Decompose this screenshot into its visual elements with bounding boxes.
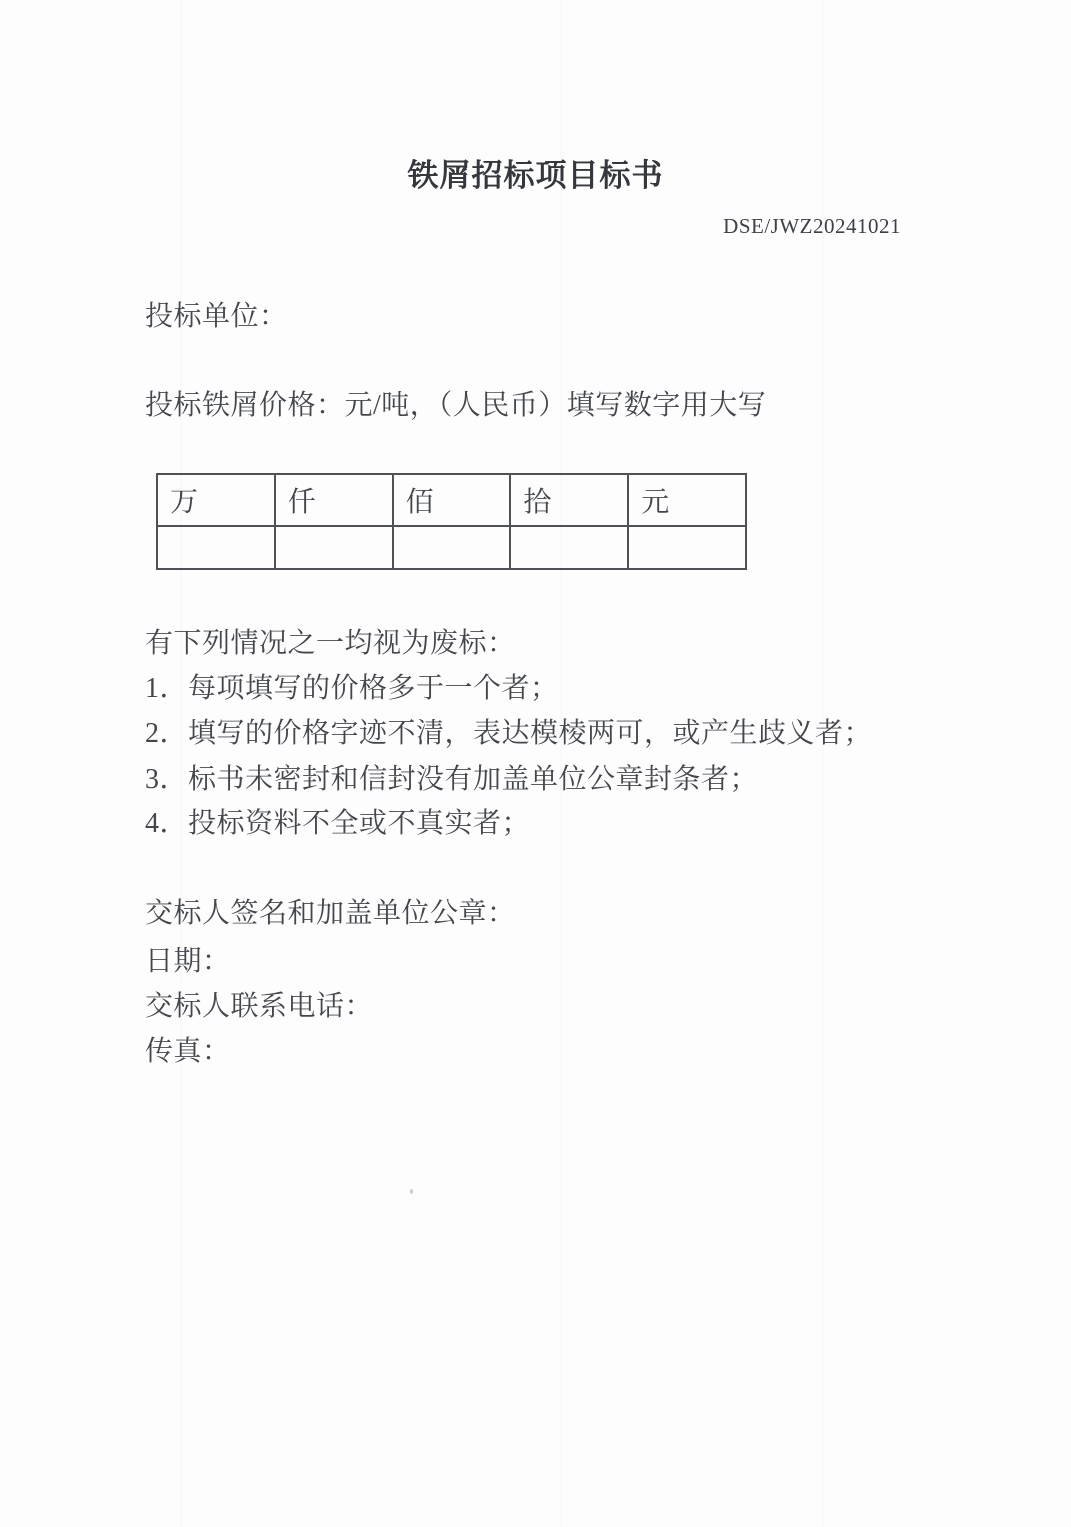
fax-label: 传真： <box>145 1036 231 1067</box>
scan-artifact-speck <box>410 1189 413 1194</box>
signature-seal-label: 交标人签名和加盖单位公章： <box>145 898 516 929</box>
table-header-qian: 仟 <box>275 474 393 526</box>
price-digits-table: 万 仟 佰 拾 元 <box>156 473 747 570</box>
invalid-bid-rule-item: 1．每项填写的价格多于一个者； <box>145 673 559 704</box>
contact-phone-label: 交标人联系电话： <box>145 991 373 1022</box>
scanned-tender-document: 铁屑招标项目标书 DSE/JWZ20241021 投标单位： 投标铁屑价格：元/… <box>0 0 1071 1527</box>
table-cell-wan-value <box>157 526 275 569</box>
table-header-wan: 万 <box>157 474 275 526</box>
document-title: 铁屑招标项目标书 <box>0 160 1071 193</box>
date-label: 日期： <box>145 946 231 977</box>
bidder-unit-label: 投标单位： <box>145 301 288 332</box>
table-header-bai: 佰 <box>393 474 511 526</box>
price-table-header-row: 万 仟 佰 拾 元 <box>157 474 746 526</box>
table-header-shi: 拾 <box>510 474 628 526</box>
table-cell-qian-value <box>275 526 393 569</box>
invalid-bid-rule-item: 4．投标资料不全或不真实者； <box>145 808 530 839</box>
invalid-bid-heading: 有下列情况之一均视为废标： <box>145 628 516 659</box>
invalid-bid-rule-item: 3．标书未密封和信封没有加盖单位公章封条者； <box>145 764 758 795</box>
table-cell-yuan-value <box>628 526 746 569</box>
table-header-yuan: 元 <box>628 474 746 526</box>
table-cell-shi-value <box>510 526 628 569</box>
invalid-bid-rule-item: 2．填写的价格字迹不清，表达模棱两可，或产生歧义者； <box>145 718 872 749</box>
reference-code: DSE/JWZ20241021 <box>723 215 901 238</box>
price-table-value-row <box>157 526 746 569</box>
table-cell-bai-value <box>393 526 511 569</box>
price-instruction-line: 投标铁屑价格：元/吨，（人民币）填写数字用大写 <box>145 390 766 421</box>
